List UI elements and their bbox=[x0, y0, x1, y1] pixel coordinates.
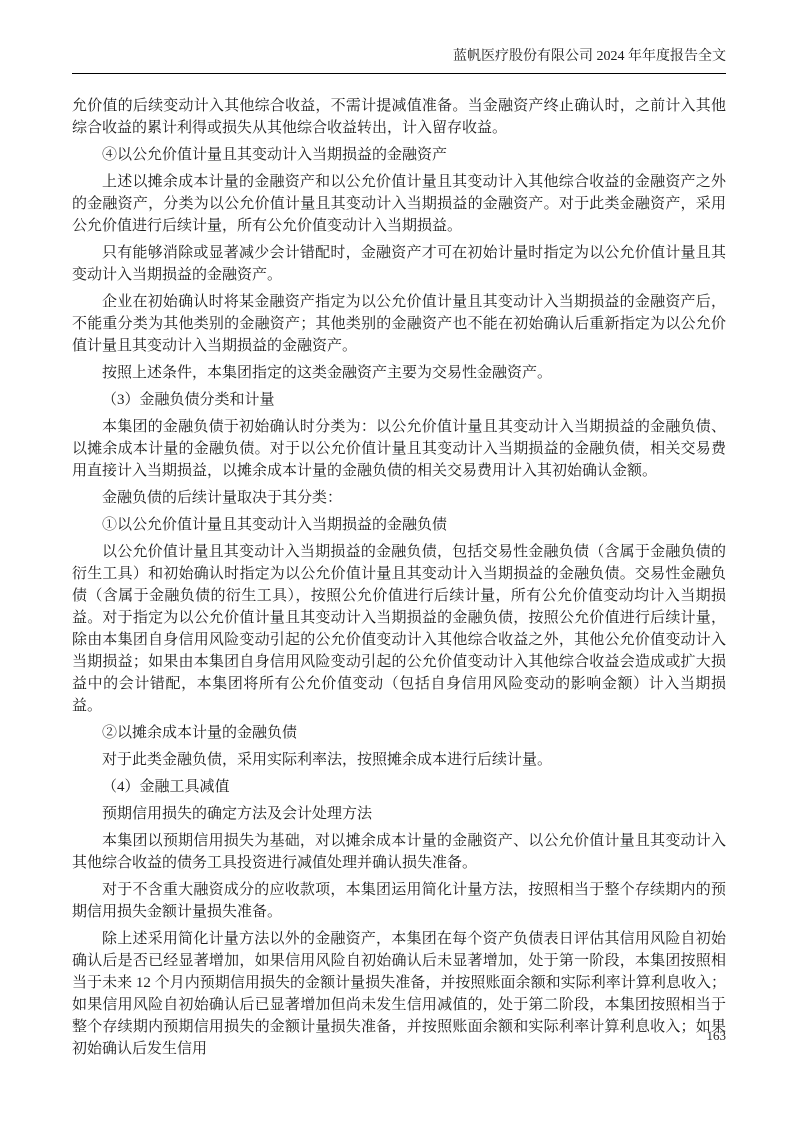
paragraph-fvtpl-liabilities-detail: 以公允价值计量且其变动计入当期损益的金融负债，包括交易性金融负债（含属于金融负债… bbox=[72, 541, 726, 717]
paragraph-liabilities-initial-recognition: 本集团的金融负债于初始确认时分类为：以公允价值计量且其变动计入当期损益的金融负债… bbox=[72, 416, 726, 482]
header-divider bbox=[72, 73, 726, 74]
paragraph-fvtpl-assets-classification: 上述以摊余成本计量的金融资产和以公允价值计量且其变动计入其他综合收益的金融资产之… bbox=[72, 171, 726, 237]
report-title: 蓝帆医疗股份有限公司 2024 年年度报告全文 bbox=[72, 48, 726, 66]
subheading-ecl-method: 预期信用损失的确定方法及会计处理方法 bbox=[72, 803, 726, 825]
heading-circle1-fvtpl-financial-liabilities: ①以公允价值计量且其变动计入当期损益的金融负债 bbox=[72, 514, 726, 536]
paragraph-continuation: 允价值的后续变动计入其他综合收益，不需计提减值准备。当金融资产终止确认时，之前计… bbox=[72, 95, 726, 139]
paragraph-accounting-mismatch: 只有能够消除或显著减少会计错配时，金融资产才可在初始计量时指定为以公允价值计量且… bbox=[72, 242, 726, 286]
paragraph-ecl-basis: 本集团以预期信用损失为基础，对以摊余成本计量的金融资产、以公允价值计量且其变动计… bbox=[72, 830, 726, 874]
report-page: 蓝帆医疗股份有限公司 2024 年年度报告全文 允价值的后续变动计入其他综合收益… bbox=[0, 0, 793, 1122]
paragraph-designated-trading-assets: 按照上述条件，本集团指定的这类金融资产主要为交易性金融资产。 bbox=[72, 362, 726, 384]
paragraph-no-reclassification: 企业在初始确认时将某金融资产指定为以公允价值计量且其变动计入当期损益的金融资产后… bbox=[72, 291, 726, 357]
heading-3-financial-liabilities-classification: （3）金融负债分类和计量 bbox=[72, 389, 726, 411]
heading-circle2-amortized-cost-liabilities: ②以摊余成本计量的金融负债 bbox=[72, 722, 726, 744]
document-body: 允价值的后续变动计入其他综合收益，不需计提减值准备。当金融资产终止确认时，之前计… bbox=[72, 95, 726, 1060]
page-number: 163 bbox=[707, 1028, 727, 1044]
heading-circle4-fvtpl-financial-assets: ④以公允价值计量且其变动计入当期损益的金融资产 bbox=[72, 144, 726, 166]
page-header: 蓝帆医疗股份有限公司 2024 年年度报告全文 bbox=[0, 0, 793, 74]
heading-4-financial-instrument-impairment: （4）金融工具减值 bbox=[72, 776, 726, 798]
paragraph-credit-risk-stages: 除上述采用简化计量方法以外的金融资产，本集团在每个资产负债表日评估其信用风险自初… bbox=[72, 928, 726, 1060]
paragraph-subsequent-measurement-intro: 金融负债的后续计量取决于其分类： bbox=[72, 487, 726, 509]
paragraph-effective-interest-method: 对于此类金融负债，采用实际利率法，按照摊余成本进行后续计量。 bbox=[72, 749, 726, 771]
paragraph-simplified-approach: 对于不含重大融资成分的应收款项，本集团运用简化计量方法，按照相当于整个存续期内的… bbox=[72, 879, 726, 923]
